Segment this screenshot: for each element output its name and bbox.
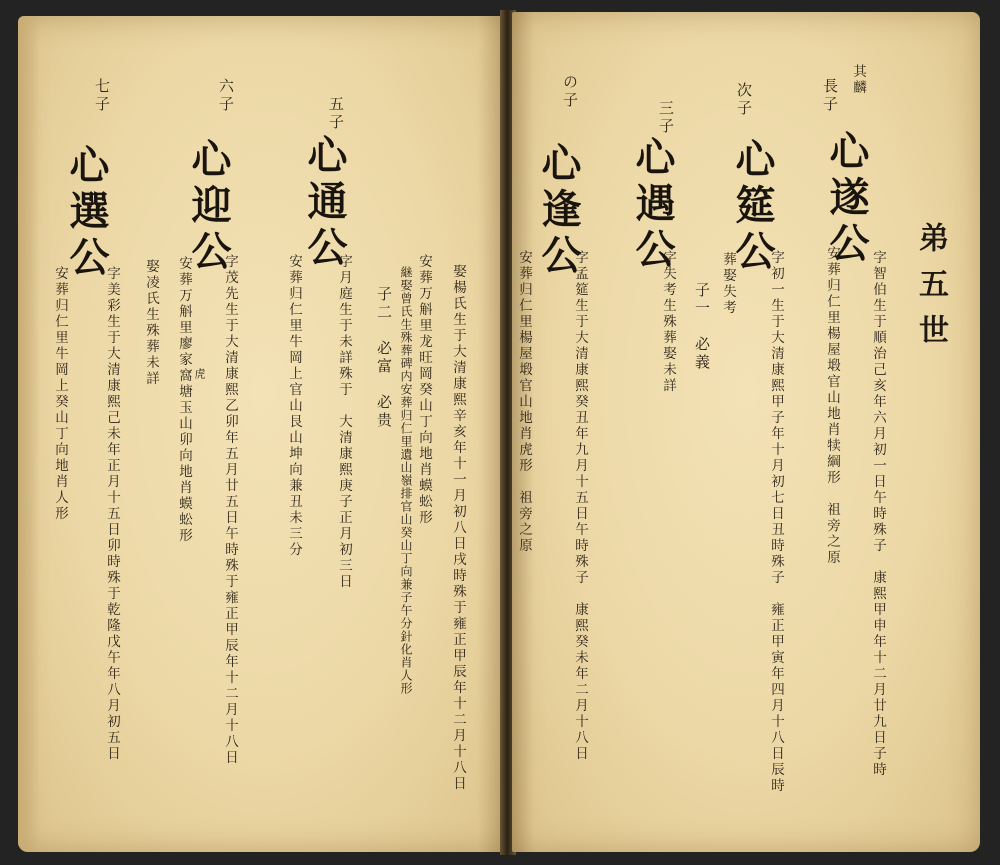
left-page: 娶楊氏生于大清康熙辛亥年十一月初八日戌時殊于雍正甲辰年十二月十八日 安葬万斛里龙…: [18, 16, 508, 852]
burial-line: 安葬归仁里牛岡上官山艮山坤向兼丑未三分: [286, 254, 302, 558]
burial-line: 安葬归仁里牛岡上癸山丁向地肖人形: [52, 266, 68, 522]
entry-rank: の子: [560, 74, 581, 110]
entry-rank: 六子: [216, 78, 237, 114]
children-line: 子二 必富 必贵: [374, 286, 395, 430]
burial-line: 安葬归仁里楊屋塅官山地肖虎形 祖旁之原: [516, 250, 532, 554]
entry-rank: 五子: [326, 96, 347, 132]
right-page: 弟五世 其麟 長子 心遂公 字智伯生于順治己亥年六月初一日午時殊子 康熙甲申年十…: [512, 12, 980, 852]
birth-line: 字美彩生于大清康熙己未年正月十五日卯時殊于乾隆戊午年八月初五日: [104, 266, 120, 762]
children-line: 子一 必義: [692, 282, 713, 372]
entry-rank: 次子: [734, 82, 755, 118]
burial-line: 葬娶失考: [720, 252, 736, 316]
burial-note: 虎: [191, 368, 207, 382]
father-note: 其麟: [850, 64, 866, 96]
spouse-line: 娶楊氏生于大清康熙辛亥年十一月初八日戌時殊于雍正甲辰年十二月十八日: [450, 264, 466, 792]
birth-line: 字孟筵生于大清康熙癸丑年九月十五日午時殊子 康熙癸未年二月十八日: [572, 250, 588, 762]
burial-line: 安葬万斛里廖家窩塘玉山卯向地肖蟆蚣形: [176, 256, 192, 544]
spouse-burial-line: 継娶曾氏生殊葬碑内安葬归仁里遺山嶺排官山癸山丁向兼子午分針化肖人形: [398, 266, 414, 695]
birth-line: 字智伯生于順治己亥年六月初一日午時殊子 康熙甲申年十二月廿九日子時: [870, 250, 886, 778]
birth-line: 字失考生殊葬娶未詳: [660, 250, 676, 394]
entry-rank: 長子: [820, 78, 841, 114]
burial-line: 安葬归仁里楊屋塅官山地肖犊綱形 祖旁之原: [824, 246, 840, 566]
birth-line: 字初一生于大清康熙甲子年十月初七日丑時殊子 雍正甲寅年四月十八日辰時: [768, 250, 784, 794]
entry-name: 心選公: [58, 144, 115, 282]
book-spread: 娶楊氏生于大清康熙辛亥年十一月初八日戌時殊于雍正甲辰年十二月十八日 安葬万斛里龙…: [0, 0, 1000, 865]
spouse-line: 娶凌氏生殊葬未詳: [143, 259, 159, 387]
generation-heading: 弟五世: [908, 222, 952, 360]
entry-rank: 三子: [656, 100, 677, 136]
burial-line: 安葬万斛里龙旺岡癸山丁向地肖蟆蚣形: [416, 254, 432, 526]
worn-edge: [18, 16, 40, 852]
birth-line: 字月庭生于未詳殊于 大清康熙庚子正月初三日: [336, 254, 352, 590]
entry-rank: 七子: [92, 78, 113, 114]
birth-line: 字茂先生于大清康熙乙卯年五月廿五日午時殊于雍正甲辰年十二月十八日: [222, 254, 238, 766]
entry-name: 心通公: [296, 134, 353, 272]
